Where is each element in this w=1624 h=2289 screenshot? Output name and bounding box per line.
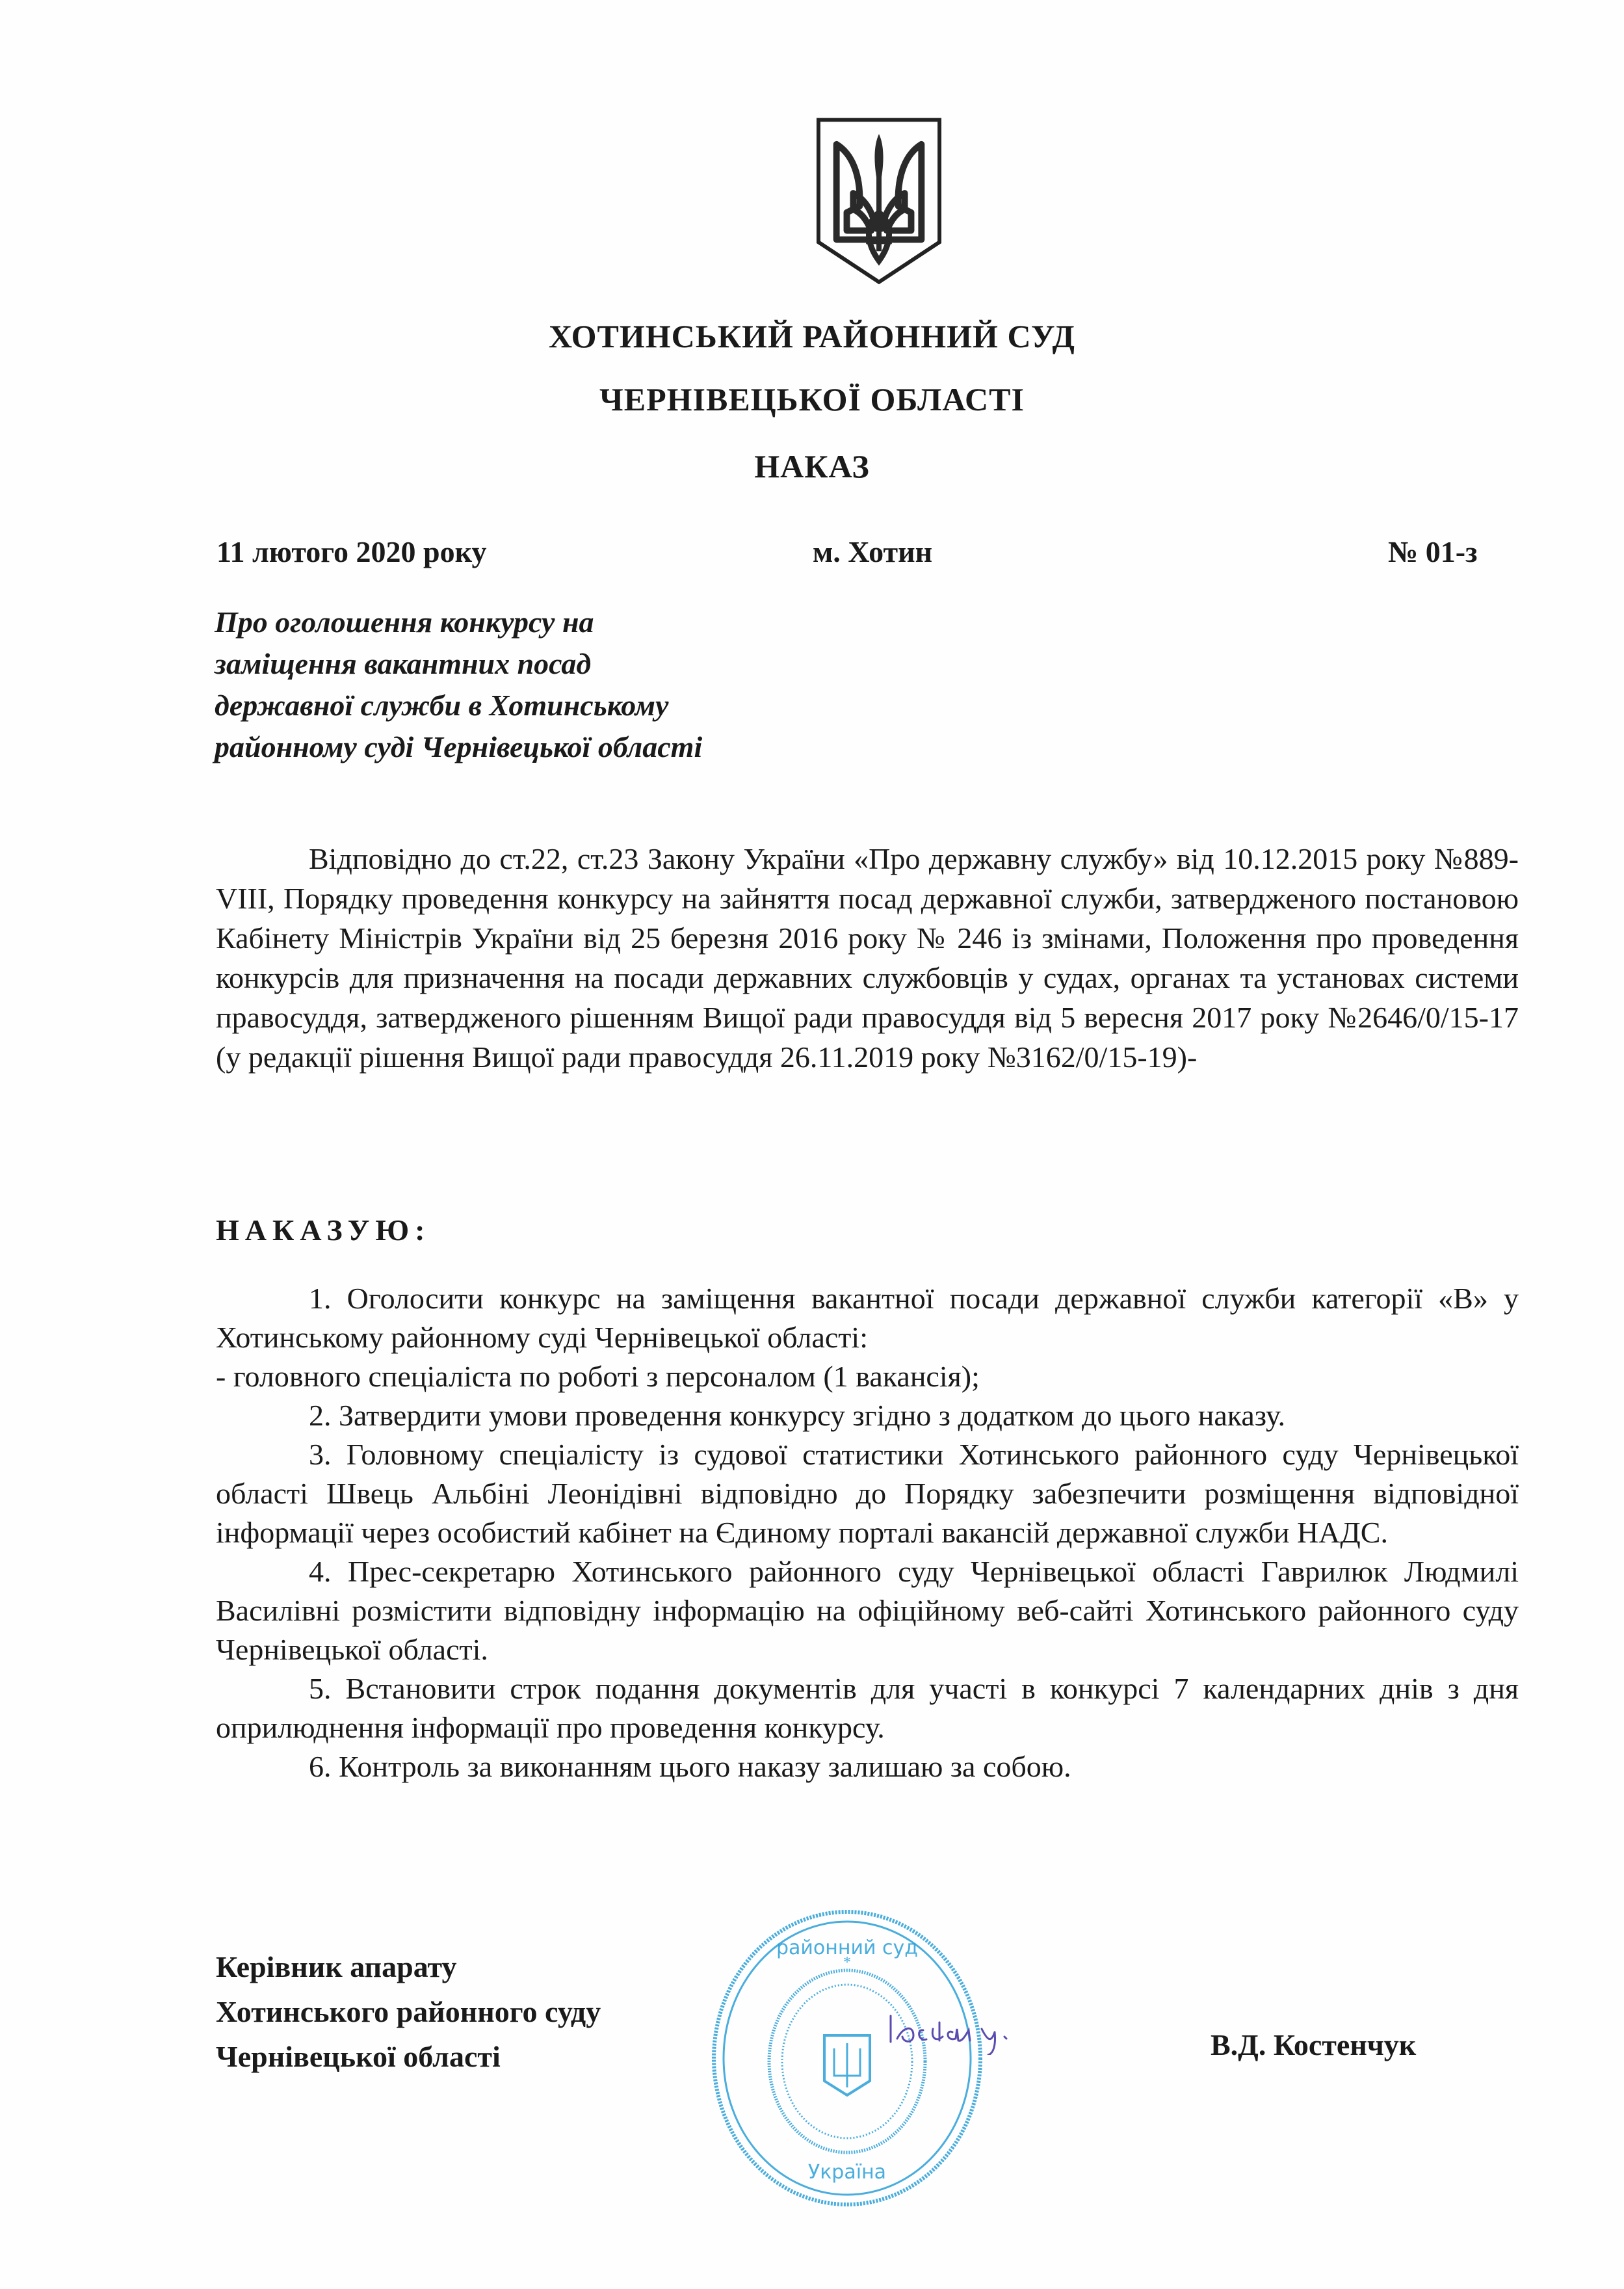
subject-line: заміщення вакантних посад (215, 643, 865, 685)
coat-of-arms-icon (815, 116, 943, 286)
preamble-paragraph: Відповідно до ст.22, ст.23 Закону Україн… (216, 839, 1519, 1077)
document-page: ХОТИНСЬКИЙ РАЙОННИЙ СУД ЧЕРНІВЕЦЬКОЇ ОБЛ… (0, 0, 1624, 2289)
order-item-5: 5. Встановити строк подання документів д… (216, 1669, 1519, 1747)
official-stamp-icon: районний суд * Україна (707, 1905, 987, 2211)
order-items: 1. Оголосити конкурс на заміщення вакант… (216, 1279, 1519, 1786)
preamble-block: Відповідно до ст.22, ст.23 Закону Україн… (216, 839, 1519, 1077)
svg-text:Україна: Україна (808, 2161, 886, 2184)
handwritten-signature (884, 2003, 1079, 2055)
svg-text:*: * (843, 1954, 851, 1971)
court-name-line1: ХОТИНСЬКИЙ РАЙОННИЙ СУД (0, 317, 1624, 355)
signatory-title-line: Керівник апарату (216, 1944, 601, 1989)
order-item-2: 2. Затвердити умови проведення конкурсу … (216, 1396, 1519, 1435)
subject-line: районному суді Чернівецької області (215, 726, 865, 768)
order-item-3: 3. Головному спеціалісту із судової стат… (216, 1435, 1519, 1552)
order-directive-heading: НАКАЗУЮ: (216, 1213, 430, 1247)
order-item-6: 6. Контроль за виконанням цього наказу з… (216, 1747, 1519, 1786)
order-item-1: 1. Оголосити конкурс на заміщення вакант… (216, 1279, 1519, 1357)
order-item-4: 4. Прес-секретарю Хотинського районного … (216, 1552, 1519, 1669)
order-item-1-sub: - головного спеціаліста по роботі з перс… (216, 1357, 1519, 1396)
subject-line: Про оголошення конкурсу на (215, 602, 865, 643)
signatory-title: Керівник апарату Хотинського районного с… (216, 1944, 601, 2079)
signatory-title-line: Чернівецької області (216, 2034, 601, 2079)
document-type: НАКАЗ (0, 447, 1624, 485)
signatory-title-line: Хотинського районного суду (216, 1989, 601, 2034)
order-number: № 01-з (1388, 535, 1478, 569)
order-city: м. Хотин (813, 535, 932, 569)
order-date: 11 лютого 2020 року (216, 535, 486, 569)
order-subject: Про оголошення конкурсу на заміщення вак… (215, 602, 865, 768)
court-name-line2: ЧЕРНІВЕЦЬКОЇ ОБЛАСТІ (0, 380, 1624, 418)
subject-line: державної служби в Хотинському (215, 685, 865, 726)
signatory-name: В.Д. Костенчук (1211, 2028, 1416, 2062)
